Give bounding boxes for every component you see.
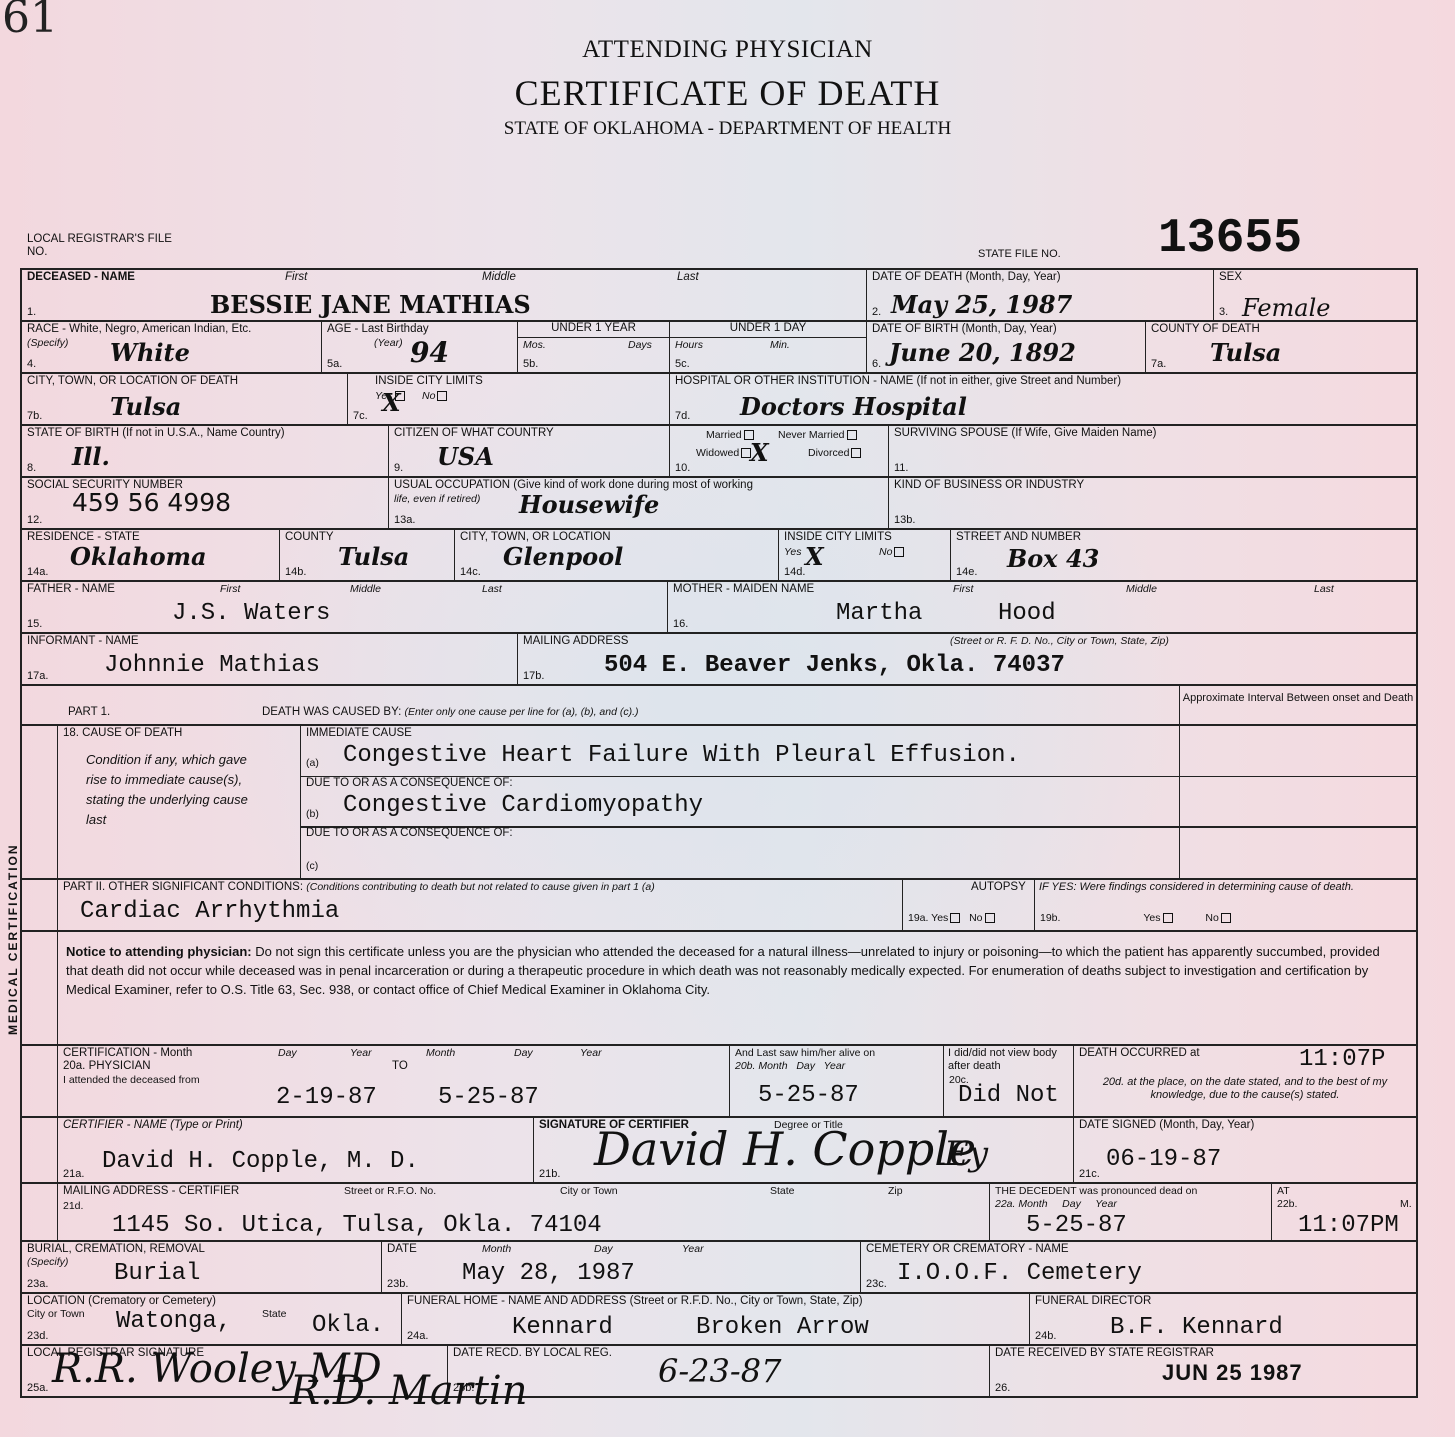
field-number: 7d.	[675, 410, 690, 422]
label-day: Day	[594, 1243, 613, 1255]
field-number: 24a.	[407, 1330, 428, 1342]
mailing-value: 504 E. Beaver Jenks, Okla. 74037	[604, 652, 1065, 679]
field-number: 24b.	[1035, 1330, 1056, 1342]
autopsy-options: 19a. Yes No	[908, 912, 995, 924]
label: MOTHER - MAIDEN NAME	[673, 583, 814, 595]
field-number: 6.	[872, 358, 881, 370]
findings-yes-checkbox[interactable]	[1163, 913, 1173, 923]
field-deceased-name: DECEASED - NAME First Middle Last 1. BES…	[22, 270, 867, 320]
field-death-occurred: DEATH OCCURRED at 11:07P 20d. at the pla…	[1074, 1046, 1416, 1116]
field-mailing-address: MAILING ADDRESS (Street or R. F. D. No.,…	[518, 634, 1416, 684]
no-checkbox[interactable]	[894, 547, 904, 557]
field-findings: IF YES: Were findings considered in dete…	[1035, 880, 1416, 930]
label: FUNERAL HOME - NAME AND ADDRESS (Street …	[407, 1295, 863, 1307]
father-value: J.S. Waters	[172, 600, 330, 627]
field-state-of-birth: STATE OF BIRTH (If not in U.S.A., Name C…	[22, 426, 389, 476]
field-number: 14b.	[285, 566, 306, 578]
part1-header: PART 1. DEATH WAS CAUSED BY: (Enter only…	[22, 686, 1180, 724]
field-number: 9.	[394, 462, 403, 474]
field-number: 7b.	[27, 410, 42, 422]
field-city-of-death: CITY, TOWN, OR LOCATION OF DEATH 7b. Tul…	[22, 374, 348, 424]
row-residence: RESIDENCE - STATE 14a. Oklahoma COUNTY 1…	[20, 530, 1418, 582]
label: RACE - White, Negro, American Indian, Et…	[27, 323, 251, 335]
label: STATE OF BIRTH (If not in U.S.A., Name C…	[27, 427, 285, 439]
to-label: TO	[392, 1060, 408, 1072]
cemetery-value: I.O.O.F. Cemetery	[897, 1260, 1142, 1287]
label-last: Last	[482, 583, 502, 595]
label: DECEASED - NAME	[27, 271, 135, 283]
field-date-recd-local: DATE RECD. BY LOCAL REG. 25b. 6-23-87	[448, 1346, 990, 1396]
header-line-1: ATTENDING PHYSICIAN	[0, 36, 1455, 64]
yes-option[interactable]: Yes	[784, 546, 802, 558]
field-view-body: I did/did not view body after death 20c.…	[944, 1046, 1074, 1116]
field-date-of-birth: DATE OF BIRTH (Month, Day, Year) 6. June…	[867, 322, 1146, 372]
ssn-value: 459 56 4998	[72, 488, 231, 517]
death-occurred-time: 11:07P	[1299, 1046, 1385, 1073]
field-surviving-spouse: SURVIVING SPOUSE (If Wife, Give Maiden N…	[889, 426, 1416, 476]
no-option[interactable]: No	[879, 546, 904, 558]
label: HOSPITAL OR OTHER INSTITUTION - NAME (If…	[675, 375, 1121, 387]
interval-column	[1180, 726, 1416, 878]
condition-hint: Condition if any, which gave rise to imm…	[86, 750, 266, 830]
field-attended-dates: CERTIFICATION - Month Day Year Month Day…	[58, 1046, 730, 1116]
funeral-home-value: Kennard	[512, 1314, 613, 1341]
row-birth-citizen: STATE OF BIRTH (If not in U.S.A., Name C…	[20, 426, 1418, 478]
cause-line-a: IMMEDIATE CAUSE (a) Congestive Heart Fai…	[301, 726, 1179, 777]
caused-by-label: DEATH WAS CAUSED BY: (Enter only one cau…	[262, 706, 639, 718]
findings-options: 19b. Yes No	[1040, 912, 1231, 924]
field-number: 4.	[27, 358, 36, 370]
field-number: 12.	[27, 514, 42, 526]
field-number: 7a.	[1151, 358, 1166, 370]
label-month: Month	[426, 1047, 455, 1059]
cause-line-c: DUE TO OR AS A CONSEQUENCE OF: (c)	[301, 826, 1179, 876]
cause-b-value: Congestive Cardiomyopathy	[343, 792, 703, 819]
label: CERTIFIER - NAME (Type or Print)	[63, 1119, 243, 1131]
residence-state-value: Oklahoma	[70, 542, 207, 571]
pronounced-date-value: 5-25-87	[1026, 1212, 1127, 1239]
label-year: Year	[682, 1243, 704, 1255]
row-burial: BURIAL, CREMATION, REMOVAL (Specify) 23a…	[20, 1242, 1418, 1294]
label-month: Month	[482, 1243, 511, 1255]
certifier-name-value: David H. Copple, M. D.	[102, 1148, 419, 1175]
location-city-value: Watonga,	[116, 1308, 231, 1335]
attended-label: I attended the deceased from	[63, 1074, 200, 1086]
field-marital-status: Married Never Married Widowed Divorced X…	[670, 426, 889, 476]
row-cause-of-death: 18. CAUSE OF DEATH Condition if any, whi…	[20, 726, 1418, 880]
field-number: 23b.	[387, 1278, 408, 1290]
label-2: 22a. Month Day Year	[995, 1198, 1117, 1210]
field-number: 2.	[872, 306, 881, 318]
field-number: 11.	[894, 462, 908, 474]
label-year: Year	[350, 1047, 372, 1059]
label: SURVIVING SPOUSE (If Wife, Give Maiden N…	[894, 427, 1156, 439]
label-days: Days	[628, 339, 652, 351]
city-of-death-value: Tulsa	[110, 392, 181, 421]
row-location-funeral: LOCATION (Crematory or Cemetery) City or…	[20, 1294, 1418, 1346]
label-state: State	[262, 1308, 287, 1320]
cause-line-b: DUE TO OR AS A CONSEQUENCE OF: (b) Conge…	[301, 776, 1179, 828]
label: BURIAL, CREMATION, REMOVAL	[27, 1243, 205, 1255]
cause-a-value: Congestive Heart Failure With Pleural Ef…	[343, 742, 1020, 769]
field-father: FATHER - NAME First Middle Last 15. J.S.…	[22, 582, 668, 632]
label: AUTOPSY	[971, 881, 1026, 893]
label-city: City or Town	[27, 1308, 85, 1320]
label: THE DECEDENT was pronounced dead on	[995, 1185, 1197, 1197]
row-certifier-address: MAILING ADDRESS - CERTIFIER Street or R.…	[20, 1184, 1418, 1242]
label: DATE	[387, 1243, 417, 1255]
certificate-form: DECEASED - NAME First Middle Last 1. BES…	[20, 268, 1418, 1398]
widowed-option[interactable]: Widowed	[696, 447, 751, 459]
divorced-checkbox[interactable]	[851, 448, 861, 458]
label: DATE SIGNED (Month, Day, Year)	[1079, 1119, 1254, 1131]
field-number: 14e.	[956, 566, 977, 578]
field-number: 21c.	[1079, 1168, 1100, 1180]
label: STREET AND NUMBER	[956, 531, 1081, 543]
cause-label-block: 18. CAUSE OF DEATH Condition if any, whi…	[58, 726, 301, 878]
label-mos: Mos.	[523, 339, 546, 351]
field-race: RACE - White, Negro, American Indian, Et…	[22, 322, 322, 372]
field-number: 15.	[27, 618, 42, 630]
field-street: STREET AND NUMBER 14e. Box 43	[951, 530, 1416, 580]
street-value: Box 43	[1007, 544, 1099, 573]
field-date-recd-state: DATE RECEIVED BY STATE REGISTRAR 26. JUN…	[990, 1346, 1416, 1396]
field-number: 5b.	[523, 358, 538, 370]
bottom-handwritten-scribble: R.D. Martin	[290, 1368, 527, 1414]
date-recd-local-value: 6-23-87	[658, 1352, 781, 1390]
label: And Last saw him/her alive on	[735, 1047, 875, 1059]
married-option[interactable]: Married	[706, 429, 754, 441]
label-first: First	[220, 583, 240, 595]
field-under-1-day: UNDER 1 DAY Hours Min. 5c.	[670, 322, 867, 372]
pronounced-time-value: 11:07PM	[1298, 1212, 1399, 1239]
label-zip: Zip	[888, 1185, 903, 1197]
label: AT	[1277, 1185, 1290, 1197]
field-number: 22b.	[1277, 1198, 1297, 1210]
label-state: State	[770, 1185, 795, 1197]
field-pronounced-time: AT 22b. M. 11:07PM	[1272, 1184, 1416, 1240]
field-residence-county: COUNTY 14b. Tulsa	[280, 530, 455, 580]
field-last-saw: And Last saw him/her alive on 20b. Month…	[730, 1046, 944, 1116]
field-pronounced-dead: THE DECEDENT was pronounced dead on 22a.…	[990, 1184, 1272, 1240]
label: COUNTY	[285, 531, 334, 543]
label-middle: Middle	[1126, 583, 1157, 595]
label-first: First	[285, 271, 307, 283]
label: AGE - Last Birthday	[327, 323, 429, 335]
label: CITY, TOWN, OR LOCATION OF DEATH	[27, 375, 238, 387]
local-registrar-file-label: LOCAL REGISTRAR'S FILE NO.	[27, 233, 187, 259]
label-specify: (Specify)	[27, 1256, 68, 1268]
field-number: 21d.	[63, 1200, 83, 1212]
row-ssn-occupation: SOCIAL SECURITY NUMBER 12. 459 56 4998 U…	[20, 478, 1418, 530]
due-to-label: DUE TO OR AS A CONSEQUENCE OF:	[306, 827, 513, 839]
no-checkbox[interactable]	[437, 391, 447, 401]
never-married-option[interactable]: Never Married	[778, 429, 857, 441]
x-mark-yes: X	[382, 388, 401, 417]
view-body-value: Did Not	[958, 1082, 1059, 1109]
field-number: 23d.	[27, 1330, 48, 1342]
citizen-value: USA	[437, 442, 494, 471]
last-saw-value: 5-25-87	[758, 1082, 859, 1109]
label: CITIZEN OF WHAT COUNTRY	[394, 427, 554, 439]
field-date-of-death: DATE OF DEATH (Month, Day, Year) 2. May …	[867, 270, 1214, 320]
field-number: 14a.	[27, 566, 48, 578]
label-day: Day	[278, 1047, 297, 1059]
field-number: 23c.	[866, 1278, 887, 1290]
label: DATE RECD. BY LOCAL REG.	[453, 1347, 612, 1359]
field-number: 16.	[673, 618, 688, 630]
field-location: LOCATION (Crematory or Cemetery) City or…	[22, 1294, 402, 1344]
field-residence-inside-city: INSIDE CITY LIMITS Yes No X 14d.	[779, 530, 951, 580]
field-number: 7c.	[353, 410, 368, 422]
field-date-signed: DATE SIGNED (Month, Day, Year) 21c. 06-1…	[1074, 1118, 1416, 1182]
label: INSIDE CITY LIMITS	[375, 375, 483, 387]
field-funeral-home: FUNERAL HOME - NAME AND ADDRESS (Street …	[402, 1294, 1030, 1344]
occupation-value: Housewife	[519, 490, 659, 519]
field-other-conditions: PART II. OTHER SIGNIFICANT CONDITIONS: (…	[58, 880, 903, 930]
label: MAILING ADDRESS	[523, 635, 628, 647]
field-occupation: USUAL OCCUPATION (Give kind of work done…	[389, 478, 889, 528]
label-last: Last	[677, 271, 699, 283]
row-informant: INFORMANT - NAME 17a. Johnnie Mathias MA…	[20, 634, 1418, 686]
field-citizen: CITIZEN OF WHAT COUNTRY 9. USA	[389, 426, 670, 476]
mother-first-value: Martha	[836, 600, 922, 627]
field-business: KIND OF BUSINESS OR INDUSTRY 13b.	[889, 478, 1416, 528]
label: 18. CAUSE OF DEATH	[63, 727, 182, 739]
autopsy-no-checkbox[interactable]	[985, 913, 995, 923]
residence-city-value: Glenpool	[503, 542, 623, 571]
location-state-value: Okla.	[312, 1312, 384, 1339]
label-specify: (Specify)	[27, 337, 68, 349]
label: PART II. OTHER SIGNIFICANT CONDITIONS: (…	[63, 881, 655, 893]
deceased-name-value: BESSIE JANE MATHIAS	[210, 290, 531, 319]
date-of-death-value: May 25, 1987	[891, 290, 1072, 319]
field-number: 17b.	[523, 670, 544, 682]
due-to-label: DUE TO OR AS A CONSEQUENCE OF:	[306, 777, 513, 789]
certifier-signature: David H. Copple	[594, 1122, 976, 1176]
field-mother: MOTHER - MAIDEN NAME First Middle Last 1…	[668, 582, 1416, 632]
field-number: 13a.	[394, 514, 415, 526]
label: COUNTY OF DEATH	[1151, 323, 1260, 335]
field-age: AGE - Last Birthday (Year) 5a. 94	[322, 322, 518, 372]
field-number: 23a.	[27, 1278, 48, 1290]
no-option[interactable]: No	[422, 390, 447, 402]
label-street: Street or R.F.O. No.	[344, 1185, 436, 1197]
field-number: 13b.	[894, 514, 915, 526]
label: FATHER - NAME	[27, 583, 115, 595]
label: DATE OF BIRTH (Month, Day, Year)	[872, 323, 1057, 335]
label-hint: (Street or R. F. D. No., City or Town, S…	[950, 635, 1169, 647]
row-certification: CERTIFICATION - Month Day Year Month Day…	[20, 1046, 1418, 1118]
field-funeral-director: FUNERAL DIRECTOR 24b. B.F. Kennard	[1030, 1294, 1416, 1344]
field-certifier-name: CERTIFIER - NAME (Type or Print) 21a. Da…	[58, 1118, 534, 1182]
label: DATE RECEIVED BY STATE REGISTRAR	[995, 1347, 1214, 1359]
field-ssn: SOCIAL SECURITY NUMBER 12. 459 56 4998	[22, 478, 389, 528]
label: MAILING ADDRESS - CERTIFIER	[63, 1185, 239, 1197]
cause-lines: IMMEDIATE CAUSE (a) Congestive Heart Fai…	[301, 726, 1180, 878]
never-married-checkbox[interactable]	[847, 430, 857, 440]
x-mark-yes: X	[805, 542, 824, 571]
label: I did/did not view body after death	[948, 1047, 1068, 1073]
label: CERTIFICATION - Month	[63, 1047, 192, 1059]
x-mark-widowed: X	[750, 438, 769, 467]
dob-value: June 20, 1892	[889, 338, 1076, 367]
label-city: City or Town	[560, 1185, 618, 1197]
mother-last-value: Hood	[998, 600, 1056, 627]
label-min: Min.	[770, 339, 790, 351]
notice-to-physician: Notice to attending physician: Do not si…	[58, 932, 1416, 1044]
hospital-value: Doctors Hospital	[740, 392, 967, 421]
row-certifier: CERTIFIER - NAME (Type or Print) 21a. Da…	[20, 1118, 1418, 1184]
state-received-stamp: JUN 25 1987	[1162, 1360, 1303, 1386]
label: SEX	[1219, 271, 1242, 283]
field-number: 14c.	[460, 566, 481, 578]
age-value: 94	[410, 336, 449, 369]
row-parents: FATHER - NAME First Middle Last 15. J.S.…	[20, 582, 1418, 634]
field-number: 14d.	[784, 566, 805, 578]
label-middle: Middle	[350, 583, 381, 595]
label: DATE OF DEATH (Month, Day, Year)	[872, 271, 1061, 283]
field-inside-city-limits: INSIDE CITY LIMITS Yes No X 7c.	[348, 374, 670, 424]
label: INFORMANT - NAME	[27, 635, 139, 647]
line-b-label: (b)	[306, 808, 319, 820]
field-signature: SIGNATURE OF CERTIFIER Degree or Title 2…	[534, 1118, 1074, 1182]
label: DEATH OCCURRED at	[1079, 1047, 1200, 1059]
field-number: 26.	[995, 1382, 1010, 1394]
row-name: DECEASED - NAME First Middle Last 1. BES…	[20, 270, 1418, 322]
field-number: 5a.	[327, 358, 342, 370]
label: INSIDE CITY LIMITS	[784, 531, 892, 543]
label-2: 20b. Month Day Year	[735, 1060, 845, 1072]
informant-value: Johnnie Mathias	[104, 652, 320, 679]
label: CEMETERY OR CREMATORY - NAME	[866, 1243, 1069, 1255]
field-number: 21b.	[539, 1168, 560, 1180]
label-middle: Middle	[482, 271, 516, 283]
label-last: Last	[1314, 583, 1334, 595]
label: FUNERAL DIRECTOR	[1035, 1295, 1151, 1307]
field-under-1-year: UNDER 1 YEAR Mos. Days 5b.	[518, 322, 670, 372]
certifier-mailing-value: 1145 So. Utica, Tulsa, Okla. 74104	[112, 1212, 602, 1239]
label-hours: Hours	[675, 339, 703, 351]
label-year: Year	[580, 1047, 602, 1059]
field-sex: SEX 3. Female	[1214, 270, 1416, 320]
row-part2: PART II. OTHER SIGNIFICANT CONDITIONS: (…	[20, 880, 1418, 932]
to-date-value: 5-25-87	[438, 1084, 539, 1111]
side-gutter	[22, 1118, 58, 1182]
row-place-of-death: CITY, TOWN, OR LOCATION OF DEATH 7b. Tul…	[20, 374, 1418, 426]
side-gutter	[22, 1184, 58, 1240]
label: LOCATION (Crematory or Cemetery)	[27, 1295, 216, 1307]
state-file-no-label: STATE FILE NO.	[978, 248, 1061, 260]
label: UNDER 1 DAY	[670, 322, 866, 338]
burial-value: Burial	[114, 1260, 200, 1287]
label-year: (Year)	[374, 337, 403, 349]
occurred-text: 20d. at the place, on the date stated, a…	[1080, 1076, 1410, 1102]
sex-value: Female	[1242, 294, 1331, 322]
label: UNDER 1 YEAR	[518, 322, 669, 338]
physician-label: 20a. PHYSICIAN	[63, 1060, 151, 1072]
label-day: Day	[514, 1047, 533, 1059]
row-race-age: RACE - White, Negro, American Indian, Et…	[20, 322, 1418, 374]
interval-label: Approximate Interval Between onset and D…	[1180, 686, 1416, 724]
label: KIND OF BUSINESS OR INDUSTRY	[894, 479, 1084, 491]
field-informant: INFORMANT - NAME 17a. Johnnie Mathias	[22, 634, 518, 684]
field-residence-state: RESIDENCE - STATE 14a. Oklahoma	[22, 530, 280, 580]
field-autopsy: AUTOPSY 19a. Yes No	[903, 880, 1035, 930]
header-line-3: STATE OF OKLAHOMA - DEPARTMENT OF HEALTH	[0, 118, 1455, 140]
state-file-no: 13655	[1158, 212, 1302, 266]
degree-signature: Ey	[944, 1134, 988, 1174]
field-certifier-mailing: MAILING ADDRESS - CERTIFIER Street or R.…	[58, 1184, 990, 1240]
label-first: First	[953, 583, 973, 595]
field-number: 10.	[675, 462, 690, 474]
field-cemetery: CEMETERY OR CREMATORY - NAME 23c. I.O.O.…	[861, 1242, 1416, 1292]
label-2: life, even if retired)	[394, 493, 480, 505]
residence-county-value: Tulsa	[338, 542, 409, 571]
field-hospital: HOSPITAL OR OTHER INSTITUTION - NAME (If…	[670, 374, 1416, 424]
burial-date-value: May 28, 1987	[462, 1260, 635, 1287]
line-a-label: (a)	[306, 757, 319, 769]
side-gutter	[22, 1046, 58, 1116]
document-title: CERTIFICATE OF DEATH	[0, 72, 1455, 114]
field-number: 1.	[27, 306, 36, 318]
funeral-home-city-value: Broken Arrow	[696, 1314, 869, 1341]
medical-certification-side-label: MEDICAL CERTIFICATION	[0, 845, 38, 1035]
field-burial: BURIAL, CREMATION, REMOVAL (Specify) 23a…	[22, 1242, 382, 1292]
funeral-director-value: B.F. Kennard	[1110, 1314, 1283, 1341]
other-conditions-value: Cardiac Arrhythmia	[80, 898, 339, 925]
field-number: 17a.	[27, 670, 48, 682]
row-registrar: LOCAL REGISTRAR SIGNATURE 25a. R.R. Wool…	[20, 1346, 1418, 1398]
divorced-option[interactable]: Divorced	[808, 447, 861, 459]
from-date-value: 2-19-87	[276, 1084, 377, 1111]
line-c-label: (c)	[306, 860, 318, 872]
race-value: White	[110, 338, 190, 367]
county-of-death-value: Tulsa	[1210, 338, 1281, 367]
part1-label: PART 1.	[68, 706, 110, 718]
date-signed-value: 06-19-87	[1106, 1146, 1221, 1173]
row-notice: Notice to attending physician: Do not si…	[20, 932, 1418, 1046]
m-label: M.	[1400, 1198, 1412, 1210]
findings-no-checkbox[interactable]	[1221, 913, 1231, 923]
state-of-birth-value: Ill.	[72, 442, 110, 471]
field-number: 3.	[1219, 306, 1228, 318]
field-number: 5c.	[675, 358, 690, 370]
field-burial-date: DATE Month Day Year 23b. May 28, 1987	[382, 1242, 861, 1292]
field-county-of-death: COUNTY OF DEATH 7a. Tulsa	[1146, 322, 1416, 372]
field-number: 21a.	[63, 1168, 84, 1180]
field-number: 25a.	[27, 1382, 48, 1394]
immediate-label: IMMEDIATE CAUSE	[306, 727, 412, 739]
autopsy-yes-checkbox[interactable]	[950, 913, 960, 923]
row-part1-header: PART 1. DEATH WAS CAUSED BY: (Enter only…	[20, 686, 1418, 726]
field-number: 8.	[27, 462, 36, 474]
field-residence-city: CITY, TOWN, OR LOCATION 14c. Glenpool	[455, 530, 779, 580]
label: IF YES: Were findings considered in dete…	[1039, 881, 1399, 894]
